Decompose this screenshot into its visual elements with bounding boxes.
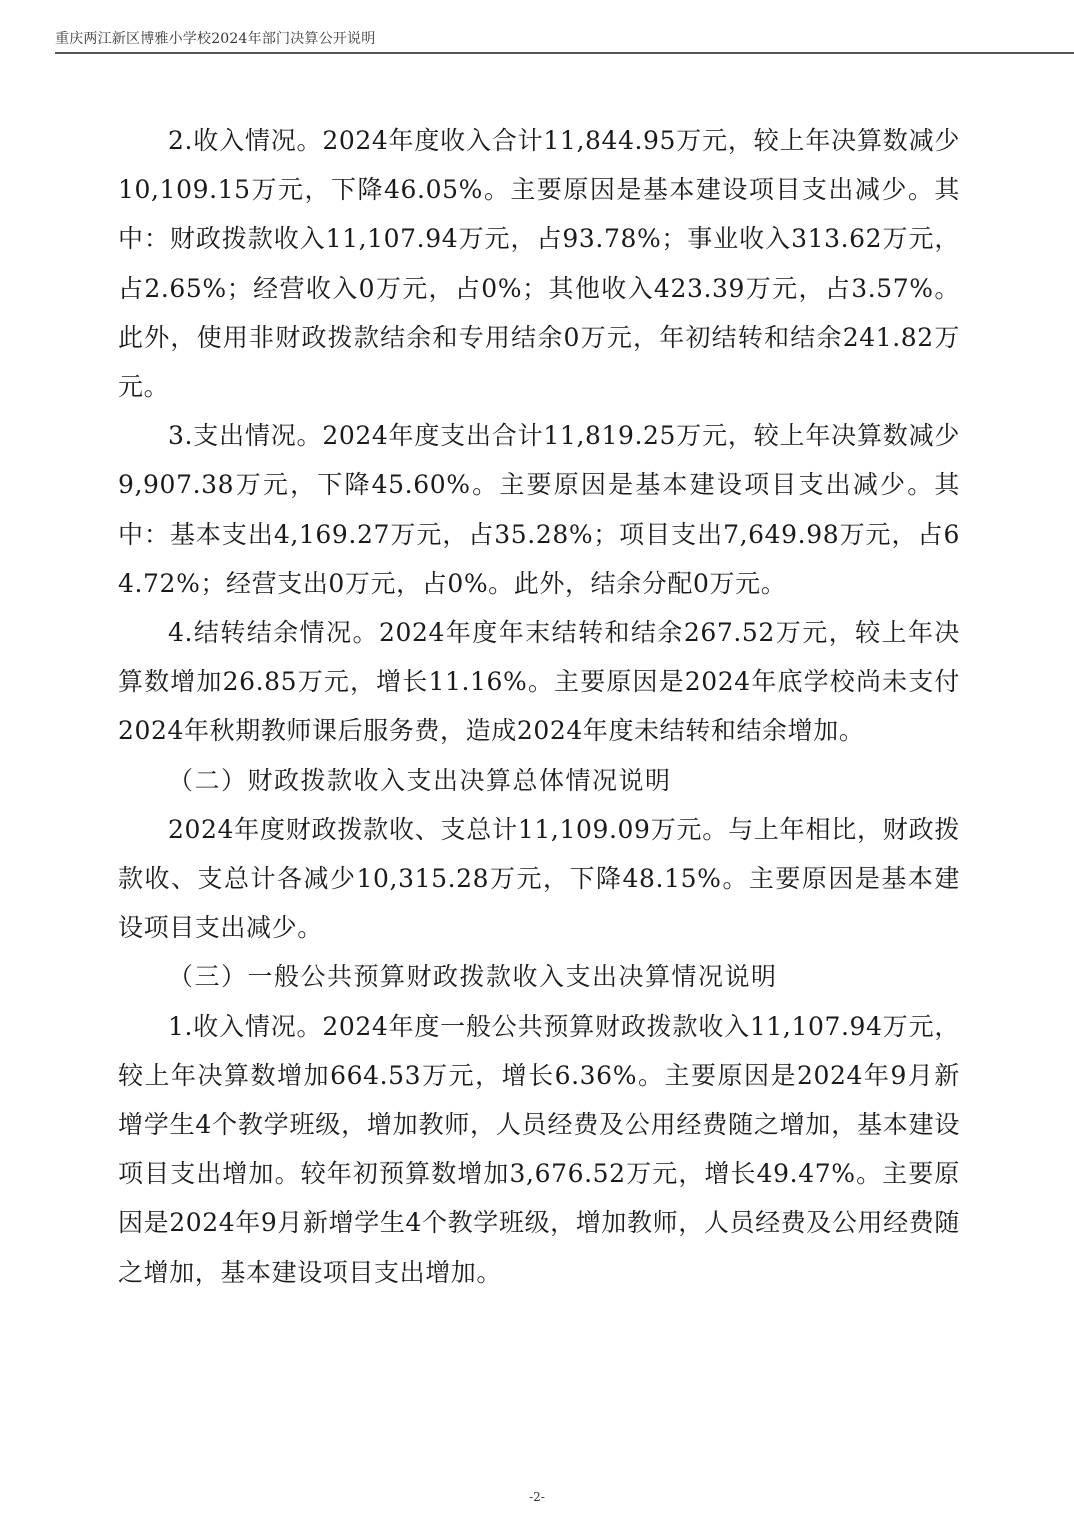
paragraph-general-budget-income: 1.收入情况。2024年度一般公共预算财政拨款收入11,107.94万元，较上年…	[118, 1002, 960, 1297]
paragraph-income: 2.收入情况。2024年度收入合计11,844.95万元，较上年决算数减少10,…	[118, 116, 960, 411]
page-header: 重庆两江新区博雅小学校2024年部门决算公开说明	[55, 30, 1074, 48]
paragraph-carryover-balance: 4.结转结余情况。2024年度年末结转和结余267.52万元，较上年决算数增加2…	[118, 608, 960, 756]
header-divider	[55, 52, 1074, 54]
section-heading-fiscal-overall: （二）财政拨款收入支出决算总体情况说明	[118, 756, 960, 805]
paragraph-fiscal-overall: 2024年度财政拨款收、支总计11,109.09万元。与上年相比，财政拨款收、支…	[118, 805, 960, 953]
document-body: 2.收入情况。2024年度收入合计11,844.95万元，较上年决算数减少10,…	[118, 116, 960, 1297]
document-title: 重庆两江新区博雅小学校2024年部门决算公开说明	[55, 30, 1074, 48]
paragraph-expenditure: 3.支出情况。2024年度支出合计11,819.25万元，较上年决算数减少9,9…	[118, 411, 960, 608]
page-number: -2-	[0, 1490, 1074, 1504]
section-heading-general-public-budget: （三）一般公共预算财政拨款收入支出决算情况说明	[118, 952, 960, 1001]
